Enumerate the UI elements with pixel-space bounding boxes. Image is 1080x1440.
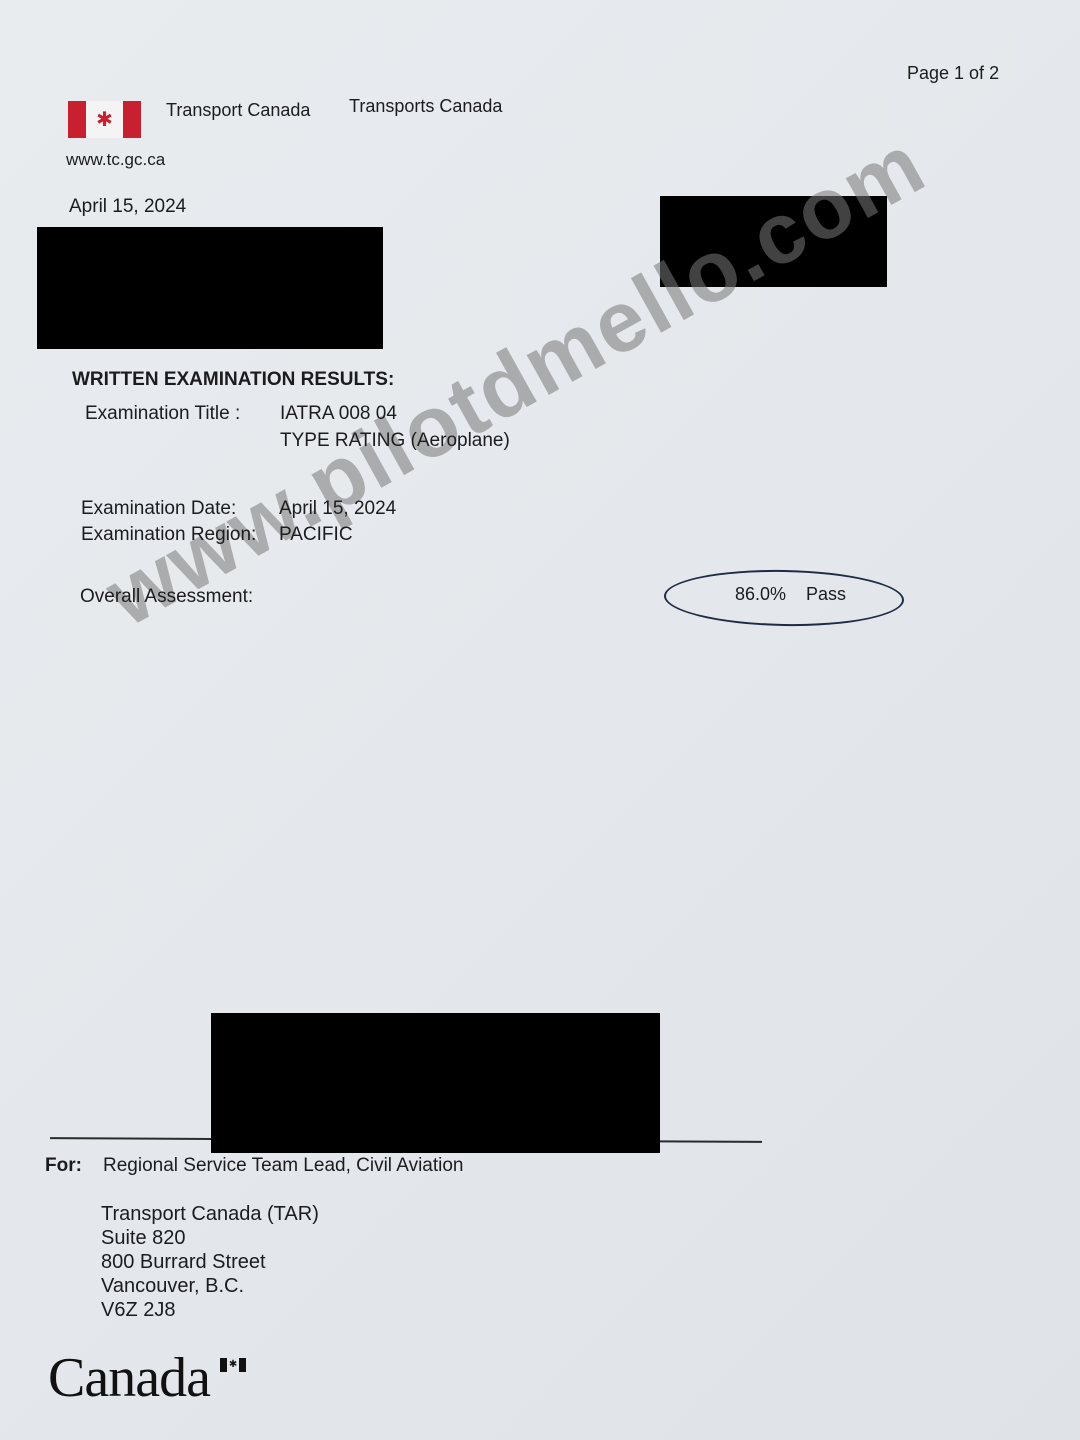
exam-title-name: TYPE RATING (Aeroplane) <box>280 430 510 452</box>
website-url: www.tc.gc.ca <box>66 150 165 170</box>
canada-wordmark: Canada <box>48 1346 210 1410</box>
exam-title-label: Examination Title : <box>85 403 240 425</box>
redacted-recipient <box>37 227 383 349</box>
maple-leaf-icon: ✱ <box>86 101 123 138</box>
address-line: V6Z 2J8 <box>101 1298 319 1322</box>
for-label: For: <box>45 1155 82 1177</box>
department-name-en: Transport Canada <box>166 100 310 121</box>
assessment-label: Overall Assessment: <box>80 586 253 608</box>
assessment-score: 86.0% <box>735 584 786 605</box>
exam-region-value: PACIFIC <box>279 524 353 546</box>
exam-date-value: April 15, 2024 <box>279 498 396 520</box>
department-name-fr: Transports Canada <box>349 96 502 117</box>
exam-date-label: Examination Date: <box>81 498 236 520</box>
assessment-result: Pass <box>806 584 846 605</box>
page-indicator: Page 1 of 2 <box>907 63 999 84</box>
address-line: Transport Canada (TAR) <box>101 1202 319 1226</box>
wordmark-flag-icon: ✱ <box>220 1358 246 1372</box>
exam-title-code: IATRA 008 04 <box>280 403 397 425</box>
results-heading: WRITTEN EXAMINATION RESULTS: <box>72 369 394 391</box>
redacted-signature <box>211 1013 660 1153</box>
exam-region-label: Examination Region: <box>81 524 256 546</box>
address-line: Vancouver, B.C. <box>101 1274 319 1298</box>
address-line: 800 Burrard Street <box>101 1250 319 1274</box>
address-line: Suite 820 <box>101 1226 319 1250</box>
mailing-address: Transport Canada (TAR) Suite 820 800 Bur… <box>101 1202 319 1322</box>
letter-date: April 15, 2024 <box>69 196 186 218</box>
canada-flag-icon: ✱ <box>68 101 141 138</box>
signatory-title: Regional Service Team Lead, Civil Aviati… <box>103 1155 464 1177</box>
